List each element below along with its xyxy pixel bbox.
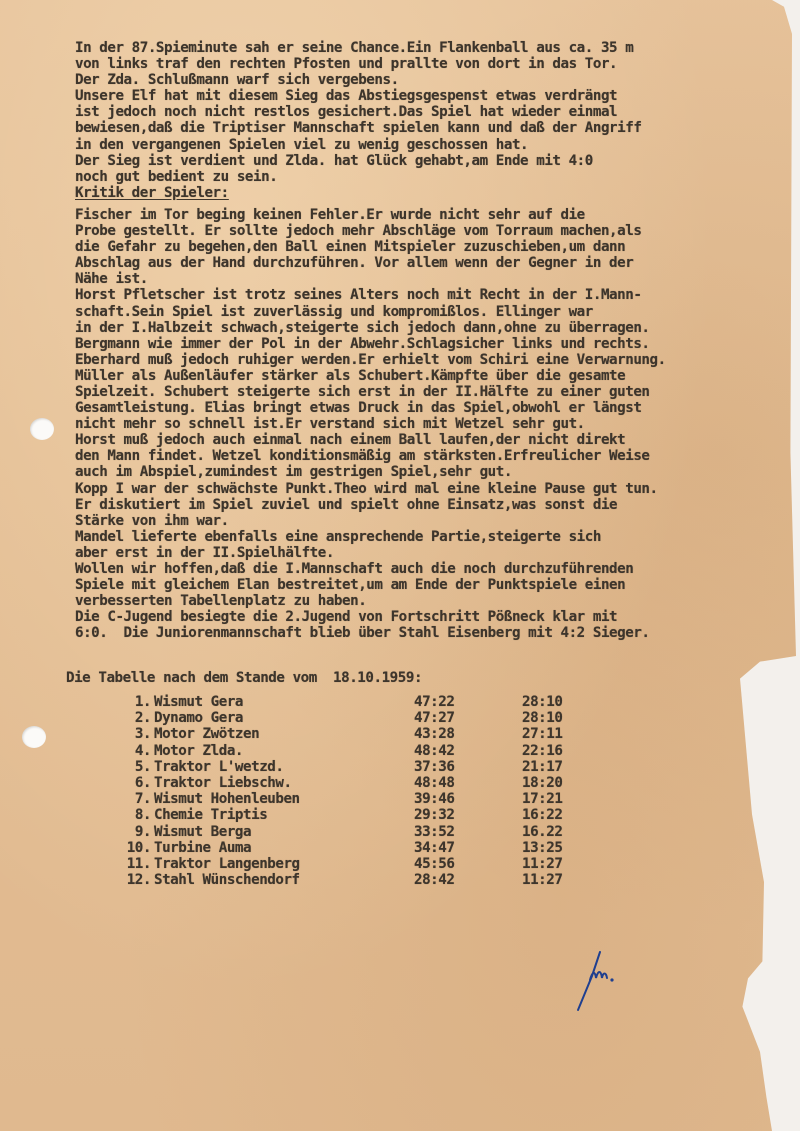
goals-cell: 34:47 <box>414 840 454 856</box>
text-line: Gesamtleistung. Elias bringt etwas Druck… <box>75 400 795 416</box>
text-line: Nähe ist. <box>75 271 795 287</box>
points-cell: 28:10 <box>522 710 562 726</box>
points-cell: 21:17 <box>522 759 562 775</box>
team-cell: Traktor Liebschw. <box>154 775 292 791</box>
goals-cell: 33:52 <box>414 824 454 840</box>
team-cell: Turbine Auma <box>154 840 251 856</box>
rank-cell: 6. <box>135 775 151 791</box>
team-cell: Wismut Hohenleuben <box>154 791 300 807</box>
rank-cell: 11. <box>127 856 151 872</box>
team-cell: Traktor L'wetzd. <box>154 759 283 775</box>
report-body: In der 87.Spieminute sah er seine Chance… <box>75 40 795 641</box>
rank-cell: 10. <box>127 840 151 856</box>
signature <box>568 948 628 1023</box>
text-line: In der 87.Spieminute sah er seine Chance… <box>75 40 795 56</box>
text-line: Mandel lieferte ebenfalls eine anspreche… <box>75 529 795 545</box>
text-line: Abschlag aus der Hand durchzuführen. Vor… <box>75 255 795 271</box>
league-standings-table: 1.Wismut Gera47:2228:102.Dynamo Gera47:2… <box>118 694 598 888</box>
text-line: Eberhard muß jedoch ruhiger werden.Er er… <box>75 352 795 368</box>
rank-cell: 5. <box>135 759 151 775</box>
rank-cell: 2. <box>135 710 151 726</box>
rank-cell: 3. <box>135 726 151 742</box>
table-row: 11.Traktor Langenberg45:5611:27 <box>118 856 598 872</box>
text-line: von links traf den rechten Pfosten und p… <box>75 56 795 72</box>
points-cell: 22:16 <box>522 743 562 759</box>
text-line: Wollen wir hoffen,daß die I.Mannschaft a… <box>75 561 795 577</box>
team-cell: Stahl Wünschendorf <box>154 872 300 888</box>
table-row: 7.Wismut Hohenleuben39:4617:21 <box>118 791 598 807</box>
goals-cell: 47:27 <box>414 710 454 726</box>
table-row: 9.Wismut Berga33:5216.22 <box>118 824 598 840</box>
text-line: auch im Abspiel,zumindest im gestrigen S… <box>75 464 795 480</box>
team-cell: Wismut Gera <box>154 694 243 710</box>
text-line: schaft.Sein Spiel ist zuverlässig und ko… <box>75 304 795 320</box>
table-row: 12.Stahl Wünschendorf28:4211:27 <box>118 872 598 888</box>
points-cell: 11:27 <box>522 872 562 888</box>
text-line: aber erst in der II.Spielhälfte. <box>75 545 795 561</box>
goals-cell: 28:42 <box>414 872 454 888</box>
team-cell: Motor Zwötzen <box>154 726 259 742</box>
table-row: 2.Dynamo Gera47:2728:10 <box>118 710 598 726</box>
table-row: 4.Motor Zlda.48:4222:16 <box>118 743 598 759</box>
text-line: verbesserten Tabellenplatz zu haben. <box>75 593 795 609</box>
team-cell: Dynamo Gera <box>154 710 243 726</box>
text-line: nicht mehr so schnell ist.Er verstand si… <box>75 416 795 432</box>
table-title: Die Tabelle nach dem Stande vom 18.10.19… <box>66 670 422 686</box>
team-cell: Motor Zlda. <box>154 743 243 759</box>
points-cell: 18:20 <box>522 775 562 791</box>
table-row: 10.Turbine Auma34:4713:25 <box>118 840 598 856</box>
table-row: 5.Traktor L'wetzd.37:3621:17 <box>118 759 598 775</box>
rank-cell: 7. <box>135 791 151 807</box>
team-cell: Chemie Triptis <box>154 807 267 823</box>
table-row: 6.Traktor Liebschw.48:4818:20 <box>118 775 598 791</box>
table-row: 1.Wismut Gera47:2228:10 <box>118 694 598 710</box>
text-line: den Mann findet. Wetzel konditionsmäßig … <box>75 448 795 464</box>
goals-cell: 43:28 <box>414 726 454 742</box>
goals-cell: 45:56 <box>414 856 454 872</box>
points-cell: 17:21 <box>522 791 562 807</box>
text-line: noch gut bedient zu sein. <box>75 169 795 185</box>
rank-cell: 9. <box>135 824 151 840</box>
points-cell: 28:10 <box>522 694 562 710</box>
points-cell: 27:11 <box>522 726 562 742</box>
text-line: Spielzeit. Schubert steigerte sich erst … <box>75 384 795 400</box>
text-line: in den vergangenen Spielen viel zu wenig… <box>75 137 795 153</box>
text-line: Er diskutiert im Spiel zuviel und spielt… <box>75 497 795 513</box>
team-cell: Traktor Langenberg <box>154 856 300 872</box>
text-line: Der Sieg ist verdient und Zlda. hat Glüc… <box>75 153 795 169</box>
goals-cell: 37:36 <box>414 759 454 775</box>
text-line: Horst muß jedoch auch einmal nach einem … <box>75 432 795 448</box>
critique-heading: Kritik der Spieler: <box>75 185 795 201</box>
text-line: Kopp I war der schwächste Punkt.Theo wir… <box>75 481 795 497</box>
punch-hole-upper <box>30 418 54 440</box>
goals-cell: 48:42 <box>414 743 454 759</box>
points-cell: 11:27 <box>522 856 562 872</box>
signature-mark-icon <box>568 948 628 1018</box>
punch-hole-lower <box>22 726 46 748</box>
rank-cell: 1. <box>135 694 151 710</box>
goals-cell: 39:46 <box>414 791 454 807</box>
rank-cell: 4. <box>135 743 151 759</box>
text-line: Müller als Außenläufer stärker als Schub… <box>75 368 795 384</box>
table-row: 3.Motor Zwötzen43:2827:11 <box>118 726 598 742</box>
text-line: Spiele mit gleichem Elan bestreitet,um a… <box>75 577 795 593</box>
text-line: Unsere Elf hat mit diesem Sieg das Absti… <box>75 88 795 104</box>
table-row: 8.Chemie Triptis29:3216:22 <box>118 807 598 823</box>
goals-cell: 48:48 <box>414 775 454 791</box>
text-line: Horst Pfletscher ist trotz seines Alters… <box>75 287 795 303</box>
text-line: Die C-Jugend besiegte die 2.Jugend von F… <box>75 609 795 625</box>
goals-cell: 47:22 <box>414 694 454 710</box>
text-line: ist jedoch noch nicht restlos gesichert.… <box>75 104 795 120</box>
rank-cell: 8. <box>135 807 151 823</box>
text-line: in der I.Halbzeit schwach,steigerte sich… <box>75 320 795 336</box>
text-line: Stärke von ihm war. <box>75 513 795 529</box>
text-line: Fischer im Tor beging keinen Fehler.Er w… <box>75 207 795 223</box>
text-line: Probe gestellt. Er sollte jedoch mehr Ab… <box>75 223 795 239</box>
points-cell: 13:25 <box>522 840 562 856</box>
goals-cell: 29:32 <box>414 807 454 823</box>
rank-cell: 12. <box>127 872 151 888</box>
points-cell: 16.22 <box>522 824 562 840</box>
text-line: Bergmann wie immer der Pol in der Abwehr… <box>75 336 795 352</box>
text-line: die Gefahr zu begehen,den Ball einen Mit… <box>75 239 795 255</box>
text-line: bewiesen,daß die Triptiser Mannschaft sp… <box>75 120 795 136</box>
points-cell: 16:22 <box>522 807 562 823</box>
team-cell: Wismut Berga <box>154 824 251 840</box>
text-line: Der Zda. Schlußmann warf sich vergebens. <box>75 72 795 88</box>
text-line: 6:0. Die Juniorenmannschaft blieb über S… <box>75 625 795 641</box>
